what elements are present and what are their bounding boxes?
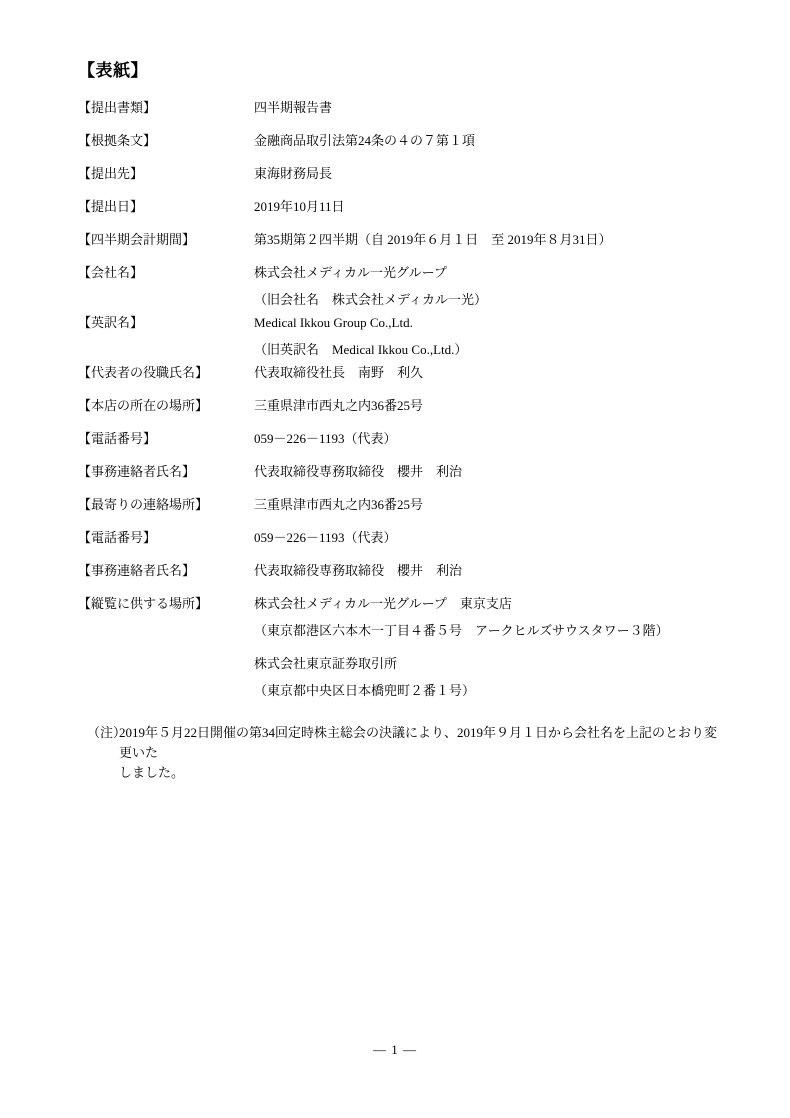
- field-row: 【代表者の役職氏名】代表取締役社長 南野 利久: [78, 365, 722, 381]
- field-value: 株式会社メディカル一光グループ（旧会社名 株式会社メディカル一光）: [254, 265, 722, 308]
- field-label: 【縦覧に供する場所】: [78, 596, 254, 612]
- field-value-line: 株式会社東京証券取引所: [254, 656, 722, 672]
- field-label: 【提出日】: [78, 199, 254, 215]
- field-value-line: 東海財務局長: [254, 166, 722, 182]
- note-text: 2019年５月22日開催の第34回定時株主総会の決議により、2019年９月１日か…: [119, 723, 719, 783]
- field-label: 【英訳名】: [78, 315, 254, 331]
- field-value: Medical Ikkou Group Co.,Ltd.（旧英訳名 Medica…: [254, 315, 722, 358]
- field-value-line: 株式会社メディカル一光グループ: [254, 265, 722, 281]
- field-row: 【英訳名】Medical Ikkou Group Co.,Ltd.（旧英訳名 M…: [78, 315, 722, 358]
- field-label: 【電話番号】: [78, 530, 254, 546]
- field-value: 株式会社メディカル一光グループ 東京支店（東京都港区六本木一丁目４番５号 アーク…: [254, 596, 722, 699]
- field-value-line: 三重県津市西丸之内36番25号: [254, 398, 722, 414]
- field-row: 【本店の所在の場所】三重県津市西丸之内36番25号: [78, 398, 722, 414]
- field-row: 【電話番号】059－226－1193（代表）: [78, 530, 722, 546]
- field-value: 三重県津市西丸之内36番25号: [254, 497, 722, 513]
- field-label: 【本店の所在の場所】: [78, 398, 254, 414]
- field-row: 【最寄りの連絡場所】三重県津市西丸之内36番25号: [78, 497, 722, 513]
- field-value-line: 四半期報告書: [254, 100, 722, 116]
- field-value: 059－226－1193（代表）: [254, 530, 722, 546]
- field-value: 金融商品取引法第24条の４の７第１項: [254, 133, 722, 149]
- report-cover-page: 【表紙】 【提出書類】四半期報告書【根拠条文】金融商品取引法第24条の４の７第１…: [0, 0, 790, 1118]
- field-label: 【代表者の役職氏名】: [78, 365, 254, 381]
- field-row: 【事務連絡者氏名】代表取締役専務取締役 櫻井 利治: [78, 563, 722, 579]
- field-row: 【電話番号】059－226－1193（代表）: [78, 431, 722, 447]
- field-value-line: 2019年10月11日: [254, 199, 722, 215]
- field-value-line: Medical Ikkou Group Co.,Ltd.: [254, 315, 722, 331]
- field-value: 代表取締役専務取締役 櫻井 利治: [254, 563, 722, 579]
- field-value-line: 代表取締役専務取締役 櫻井 利治: [254, 563, 722, 579]
- field-row: 【提出書類】四半期報告書: [78, 100, 722, 116]
- note-line: 2019年５月22日開催の第34回定時株主総会の決議により、2019年９月１日か…: [119, 723, 719, 763]
- field-row: 【四半期会計期間】第35期第２四半期（自 2019年６月１日 至 2019年８月…: [78, 232, 722, 248]
- note-line: しました。: [119, 763, 719, 783]
- field-row: 【根拠条文】金融商品取引法第24条の４の７第１項: [78, 133, 722, 149]
- field-value: 代表取締役専務取締役 櫻井 利治: [254, 464, 722, 480]
- fields-list: 【提出書類】四半期報告書【根拠条文】金融商品取引法第24条の４の７第１項【提出先…: [78, 100, 722, 699]
- field-value: 059－226－1193（代表）: [254, 431, 722, 447]
- field-value-line: 代表取締役社長 南野 利久: [254, 365, 722, 381]
- field-label: 【事務連絡者氏名】: [78, 464, 254, 480]
- field-value-line: 三重県津市西丸之内36番25号: [254, 497, 722, 513]
- field-label: 【根拠条文】: [78, 133, 254, 149]
- footnote-prefix: （注）: [87, 723, 119, 743]
- field-value: 三重県津市西丸之内36番25号: [254, 398, 722, 414]
- field-row: 【事務連絡者氏名】代表取締役専務取締役 櫻井 利治: [78, 464, 722, 480]
- cover-content: 【表紙】 【提出書類】四半期報告書【根拠条文】金融商品取引法第24条の４の７第１…: [78, 62, 722, 783]
- field-row: 【縦覧に供する場所】株式会社メディカル一光グループ 東京支店（東京都港区六本木一…: [78, 596, 722, 699]
- field-value-line: 株式会社メディカル一光グループ 東京支店: [254, 596, 722, 612]
- field-label: 【最寄りの連絡場所】: [78, 497, 254, 513]
- field-row: 【提出日】2019年10月11日: [78, 199, 722, 215]
- field-label: 【会社名】: [78, 265, 254, 281]
- field-row: 【提出先】東海財務局長: [78, 166, 722, 182]
- field-value-line: （旧会社名 株式会社メディカル一光）: [254, 292, 722, 308]
- field-value-line: （東京都中央区日本橋兜町２番１号）: [254, 683, 722, 699]
- field-value: 四半期報告書: [254, 100, 722, 116]
- field-label: 【提出書類】: [78, 100, 254, 116]
- field-row: 【会社名】株式会社メディカル一光グループ（旧会社名 株式会社メディカル一光）: [78, 265, 722, 308]
- field-value-line: （旧英訳名 Medical Ikkou Co.,Ltd.）: [254, 342, 722, 358]
- field-value-line: 代表取締役専務取締役 櫻井 利治: [254, 464, 722, 480]
- field-value: 第35期第２四半期（自 2019年６月１日 至 2019年８月31日）: [254, 232, 722, 248]
- field-value-line: 金融商品取引法第24条の４の７第１項: [254, 133, 722, 149]
- field-label: 【事務連絡者氏名】: [78, 563, 254, 579]
- field-value: 代表取締役社長 南野 利久: [254, 365, 722, 381]
- field-value: 東海財務局長: [254, 166, 722, 182]
- field-label: 【四半期会計期間】: [78, 232, 254, 248]
- field-value-line: （東京都港区六本木一丁目４番５号 アークヒルズサウスタワー３階）: [254, 623, 722, 639]
- page-number: ― 1 ―: [0, 1042, 790, 1058]
- field-value-line: 第35期第２四半期（自 2019年６月１日 至 2019年８月31日）: [254, 232, 722, 248]
- field-label: 【提出先】: [78, 166, 254, 182]
- footnote: （注） 2019年５月22日開催の第34回定時株主総会の決議により、2019年９…: [87, 723, 722, 783]
- field-value-line: 059－226－1193（代表）: [254, 431, 722, 447]
- field-value: 2019年10月11日: [254, 199, 722, 215]
- field-value-line: 059－226－1193（代表）: [254, 530, 722, 546]
- field-label: 【電話番号】: [78, 431, 254, 447]
- page-title: 【表紙】: [78, 62, 722, 80]
